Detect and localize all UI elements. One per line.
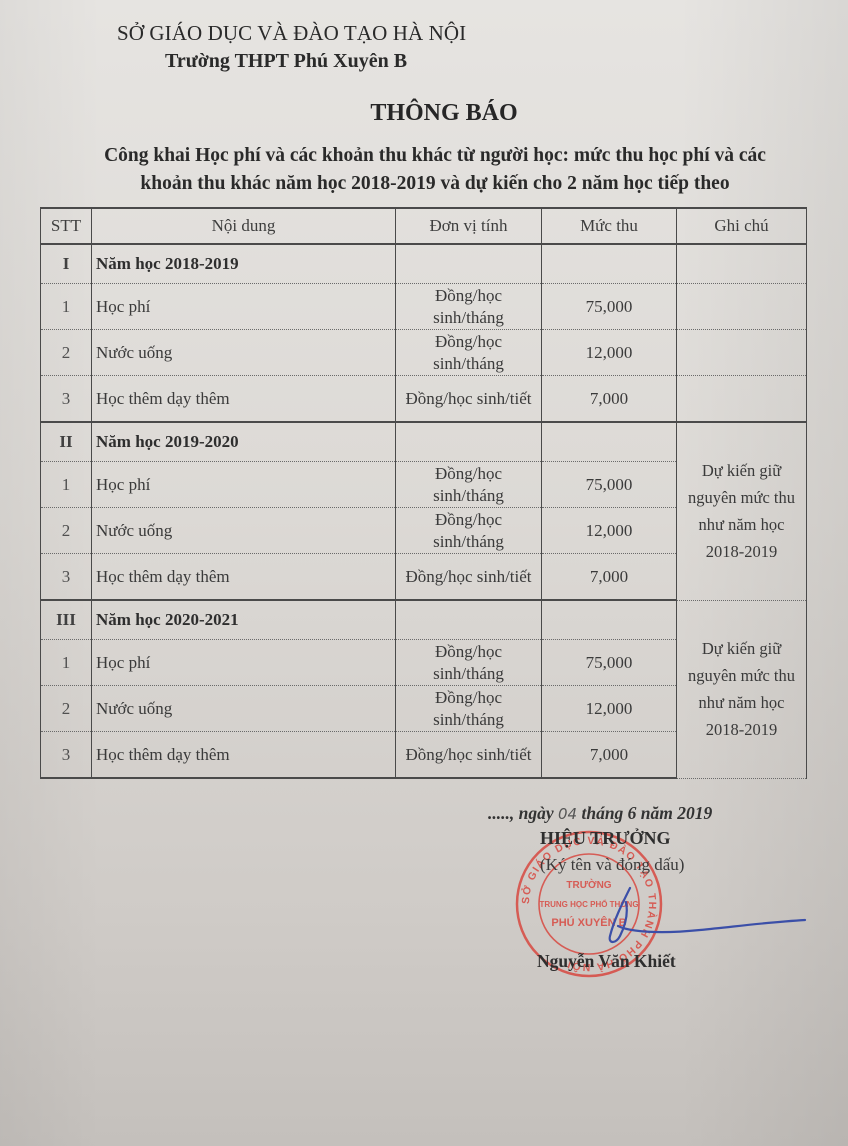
item-number: 1 <box>41 640 92 686</box>
item-content: Nước uống <box>92 508 396 554</box>
item-number: 2 <box>41 686 92 732</box>
item-number: 3 <box>41 376 92 423</box>
item-content: Học phí <box>92 284 396 330</box>
section-unit-cell <box>396 422 542 462</box>
section-number: I <box>41 244 92 284</box>
item-fee: 7,000 <box>542 554 677 601</box>
item-number: 2 <box>41 508 92 554</box>
section-row: IINăm học 2019-2020Dự kiến giữ nguyên mứ… <box>41 422 807 462</box>
item-unit: Đồng/họcsinh/tháng <box>396 508 542 554</box>
section-row: INăm học 2018-2019 <box>41 244 807 284</box>
column-header-unit: Đơn vị tính <box>396 208 542 244</box>
item-fee: 75,000 <box>542 640 677 686</box>
department-heading: SỞ GIÁO DỤC VÀ ĐÀO TẠO HÀ NỘI <box>117 21 466 46</box>
section-fee-cell <box>542 244 677 284</box>
item-number: 1 <box>41 284 92 330</box>
table-row: 3Học thêm dạy thêmĐồng/học sinh/tiết7,00… <box>41 376 807 423</box>
document-subtitle: Công khai Học phí và các khoản thu khác … <box>40 142 830 198</box>
item-content: Học phí <box>92 462 396 508</box>
column-header-fee: Mức thu <box>542 208 677 244</box>
note-cell <box>677 330 807 376</box>
section-label: Năm học 2020-2021 <box>92 600 396 640</box>
item-fee: 12,000 <box>542 508 677 554</box>
note-cell: Dự kiến giữ nguyên mức thu như năm học 2… <box>677 422 807 600</box>
item-content: Học thêm dạy thêm <box>92 732 396 779</box>
signer-title: HIỆU TRƯỞNG <box>540 828 671 849</box>
signature-date: ....., ngày 04 tháng 6 năm 2019 <box>488 803 712 824</box>
subtitle-line-2: khoản thu khác năm học 2018-2019 và dự k… <box>40 170 830 198</box>
item-fee: 12,000 <box>542 330 677 376</box>
section-number: III <box>41 600 92 640</box>
section-unit-cell <box>396 600 542 640</box>
item-unit: Đồng/họcsinh/tháng <box>396 462 542 508</box>
column-header-note: Ghi chú <box>677 208 807 244</box>
section-fee-cell <box>542 600 677 640</box>
note-cell <box>677 244 807 284</box>
school-heading: Trường THPT Phú Xuyên B <box>165 50 407 73</box>
item-fee: 75,000 <box>542 284 677 330</box>
section-row: IIINăm học 2020-2021Dự kiến giữ nguyên m… <box>41 600 807 640</box>
note-cell <box>677 376 807 423</box>
section-label: Năm học 2018-2019 <box>92 244 396 284</box>
item-unit: Đồng/họcsinh/tháng <box>396 640 542 686</box>
item-fee: 7,000 <box>542 376 677 423</box>
item-content: Học thêm dạy thêm <box>92 554 396 601</box>
item-unit: Đồng/họcsinh/tháng <box>396 686 542 732</box>
item-unit: Đồng/họcsinh/tháng <box>396 330 542 376</box>
table-row: 1Học phíĐồng/họcsinh/tháng75,000 <box>41 284 807 330</box>
section-number: II <box>41 422 92 462</box>
subtitle-line-1: Công khai Học phí và các khoản thu khác … <box>40 142 830 170</box>
item-unit: Đồng/học sinh/tiết <box>396 732 542 779</box>
item-number: 1 <box>41 462 92 508</box>
section-fee-cell <box>542 422 677 462</box>
item-content: Nước uống <box>92 686 396 732</box>
column-header-content: Nội dung <box>92 208 396 244</box>
note-cell: Dự kiến giữ nguyên mức thu như năm học 2… <box>677 600 807 778</box>
item-content: Học thêm dạy thêm <box>92 376 396 423</box>
item-content: Nước uống <box>92 330 396 376</box>
item-unit: Đồng/học sinh/tiết <box>396 554 542 601</box>
item-fee: 12,000 <box>542 686 677 732</box>
note-cell <box>677 284 807 330</box>
item-number: 2 <box>41 330 92 376</box>
item-fee: 7,000 <box>542 732 677 779</box>
document-title: THÔNG BÁO <box>0 100 848 127</box>
handwritten-signature-icon <box>600 880 810 960</box>
date-day: 04 <box>558 805 577 823</box>
item-content: Học phí <box>92 640 396 686</box>
table-row: 2Nước uốngĐồng/họcsinh/tháng12,000 <box>41 330 807 376</box>
item-number: 3 <box>41 554 92 601</box>
section-unit-cell <box>396 244 542 284</box>
item-unit: Đồng/họcsinh/tháng <box>396 284 542 330</box>
item-number: 3 <box>41 732 92 779</box>
section-label: Năm học 2019-2020 <box>92 422 396 462</box>
fee-table: STT Nội dung Đơn vị tính Mức thu Ghi chú… <box>40 207 807 779</box>
item-fee: 75,000 <box>542 462 677 508</box>
column-header-stt: STT <box>41 208 92 244</box>
signer-note: (Ký tên và đóng dấu) <box>540 855 684 875</box>
item-unit: Đồng/học sinh/tiết <box>396 376 542 423</box>
table-header-row: STT Nội dung Đơn vị tính Mức thu Ghi chú <box>41 208 807 244</box>
